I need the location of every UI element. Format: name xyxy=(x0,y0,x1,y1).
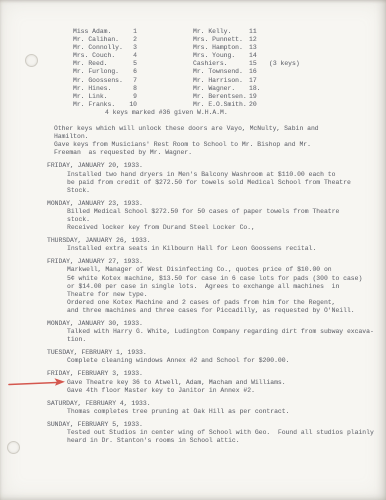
note-paragraph: Other keys which will unlock these doors… xyxy=(54,125,377,141)
key-assignment-row: Mr. Furlong.6Mr. Townsend.16 xyxy=(73,68,377,76)
key-holder-name: Miss Adam. xyxy=(73,28,125,36)
key-holder-name: Mr. Wagner. xyxy=(193,85,249,93)
key-holder-name: Mr. Calihan. xyxy=(73,36,125,44)
key-holder-name: Mr. Hines. xyxy=(73,85,125,93)
key-assignment-row: Mr. Calihan.2Mrs. Punnett.12 xyxy=(73,36,377,44)
typewritten-content: Miss Adam.1Mr. Kelly.11 Mr. Calihan.2Mrs… xyxy=(47,28,377,445)
key-holder-name: Mr. Furlong. xyxy=(73,68,125,76)
diary-entry: SUNDAY, FEBRUARY 5, 1933. Tested out Stu… xyxy=(47,421,377,445)
key-number: 17 xyxy=(249,77,265,85)
entry-body: Gave Theatre key 36 to Atwell, Adam, Mac… xyxy=(67,379,377,395)
key-number: 12 xyxy=(249,36,265,44)
key-number: 6 xyxy=(125,68,137,76)
key-holder-name: Mr. Link. xyxy=(73,93,125,101)
key-holder-name: Mr. Franks. xyxy=(73,101,125,109)
key-assignment-list: Miss Adam.1Mr. Kelly.11 Mr. Calihan.2Mrs… xyxy=(73,28,377,109)
entry-date-heading: FRIDAY, FEBRUARY 3, 1933. xyxy=(47,370,377,378)
key-note: (3 keys) xyxy=(269,60,300,68)
diary-entry: FRIDAY, JANUARY 27, 1933. Markwell, Mana… xyxy=(47,258,377,315)
key-number: 11 xyxy=(249,28,265,36)
key-assignment-row: Mr. Goossens.7Mr. Harrison.17 xyxy=(73,77,377,85)
diary-entry: SATURDAY, FEBRUARY 4, 1933. Thomas compl… xyxy=(47,400,377,416)
entry-date-heading: SUNDAY, FEBRUARY 5, 1933. xyxy=(47,421,377,429)
entry-body: Billed Medical School $272.50 for 50 cas… xyxy=(67,208,377,232)
key-holder-name: Mr. Berentsen. xyxy=(193,93,249,101)
diary-entry: MONDAY, JANUARY 23, 1933. Billed Medical… xyxy=(47,200,377,232)
key-assignment-row: Miss Adam.1Mr. Kelly.11 xyxy=(73,28,377,36)
key-number: 10 xyxy=(125,101,137,109)
key-number: 9 xyxy=(125,93,137,101)
key-assignment-row: Mr. Hines.8Mr. Wagner.18. xyxy=(73,85,377,93)
entry-body: Tested out Studios in center wing of Sch… xyxy=(67,429,377,445)
diary-entry: MONDAY, JANUARY 30, 1933. Talked with Ha… xyxy=(47,320,377,344)
entry-body: Talked with Harry G. White, Ludington Co… xyxy=(67,328,377,344)
scanned-page: Miss Adam.1Mr. Kelly.11 Mr. Calihan.2Mrs… xyxy=(0,0,386,500)
key-holder-name: Mr. Goossens. xyxy=(73,77,125,85)
key-holder-name: Mrs. Punnett. xyxy=(193,36,249,44)
diary-entry-highlighted: FRIDAY, FEBRUARY 3, 1933. Gave Theatre k… xyxy=(47,370,377,394)
diary-entry: THURSDAY, JANUARY 26, 1933. Installed ex… xyxy=(47,237,377,253)
key-number: 1 xyxy=(125,28,137,36)
key-number: 8 xyxy=(125,85,137,93)
diary-entry: FRIDAY, JANUARY 20, 1933. Installed two … xyxy=(47,162,377,194)
entry-body: Installed extra seats in Kilbourn Hall f… xyxy=(67,245,377,253)
key-holder-name: Mr. Harrison. xyxy=(193,77,249,85)
diary-entry: TUESDAY, FEBRUARY 1, 1933. Complete clea… xyxy=(47,349,377,365)
key-number: 2 xyxy=(125,36,137,44)
key-holder-name: Mr. Kelly. xyxy=(193,28,249,36)
key-holder-name: Mr. Townsend. xyxy=(193,68,249,76)
entry-date-heading: MONDAY, JANUARY 23, 1933. xyxy=(47,200,377,208)
punch-hole xyxy=(7,441,20,454)
entry-date-heading: SATURDAY, FEBRUARY 4, 1933. xyxy=(47,400,377,408)
entry-body: Markwell, Manager of West Disinfecting C… xyxy=(67,266,377,315)
key-number: 20 xyxy=(249,101,265,109)
red-arrow-annotation xyxy=(7,377,67,389)
key-number: 7 xyxy=(125,77,137,85)
entry-date-heading: MONDAY, JANUARY 30, 1933. xyxy=(47,320,377,328)
key-holder-name: Mr. E.O.Smith. xyxy=(193,101,249,109)
keys-summary-line: 4 keys marked #36 given W.H.A.M. xyxy=(105,109,377,117)
key-number: 16 xyxy=(249,68,265,76)
entry-body: Installed two hand dryers in Men's Balco… xyxy=(67,171,377,195)
notes-block: Other keys which will unlock these doors… xyxy=(54,125,377,157)
entry-body: Thomas completes tree pruning at Oak Hil… xyxy=(67,408,377,416)
entry-date-heading: FRIDAY, JANUARY 20, 1933. xyxy=(47,162,377,170)
key-assignment-row: Mr. Link.9Mr. Berentsen.19 xyxy=(73,93,377,101)
key-assignment-row: Mr. Franks.10Mr. E.O.Smith.20 xyxy=(73,101,377,109)
key-number: 18. xyxy=(249,85,265,93)
note-paragraph: Gave keys from Musicians' Rest Room to S… xyxy=(54,141,377,157)
punch-hole xyxy=(25,54,38,67)
key-number: 19 xyxy=(249,93,265,101)
entry-body: Complete cleaning windows Annex #2 and S… xyxy=(67,357,377,365)
arrow-line xyxy=(9,383,57,385)
